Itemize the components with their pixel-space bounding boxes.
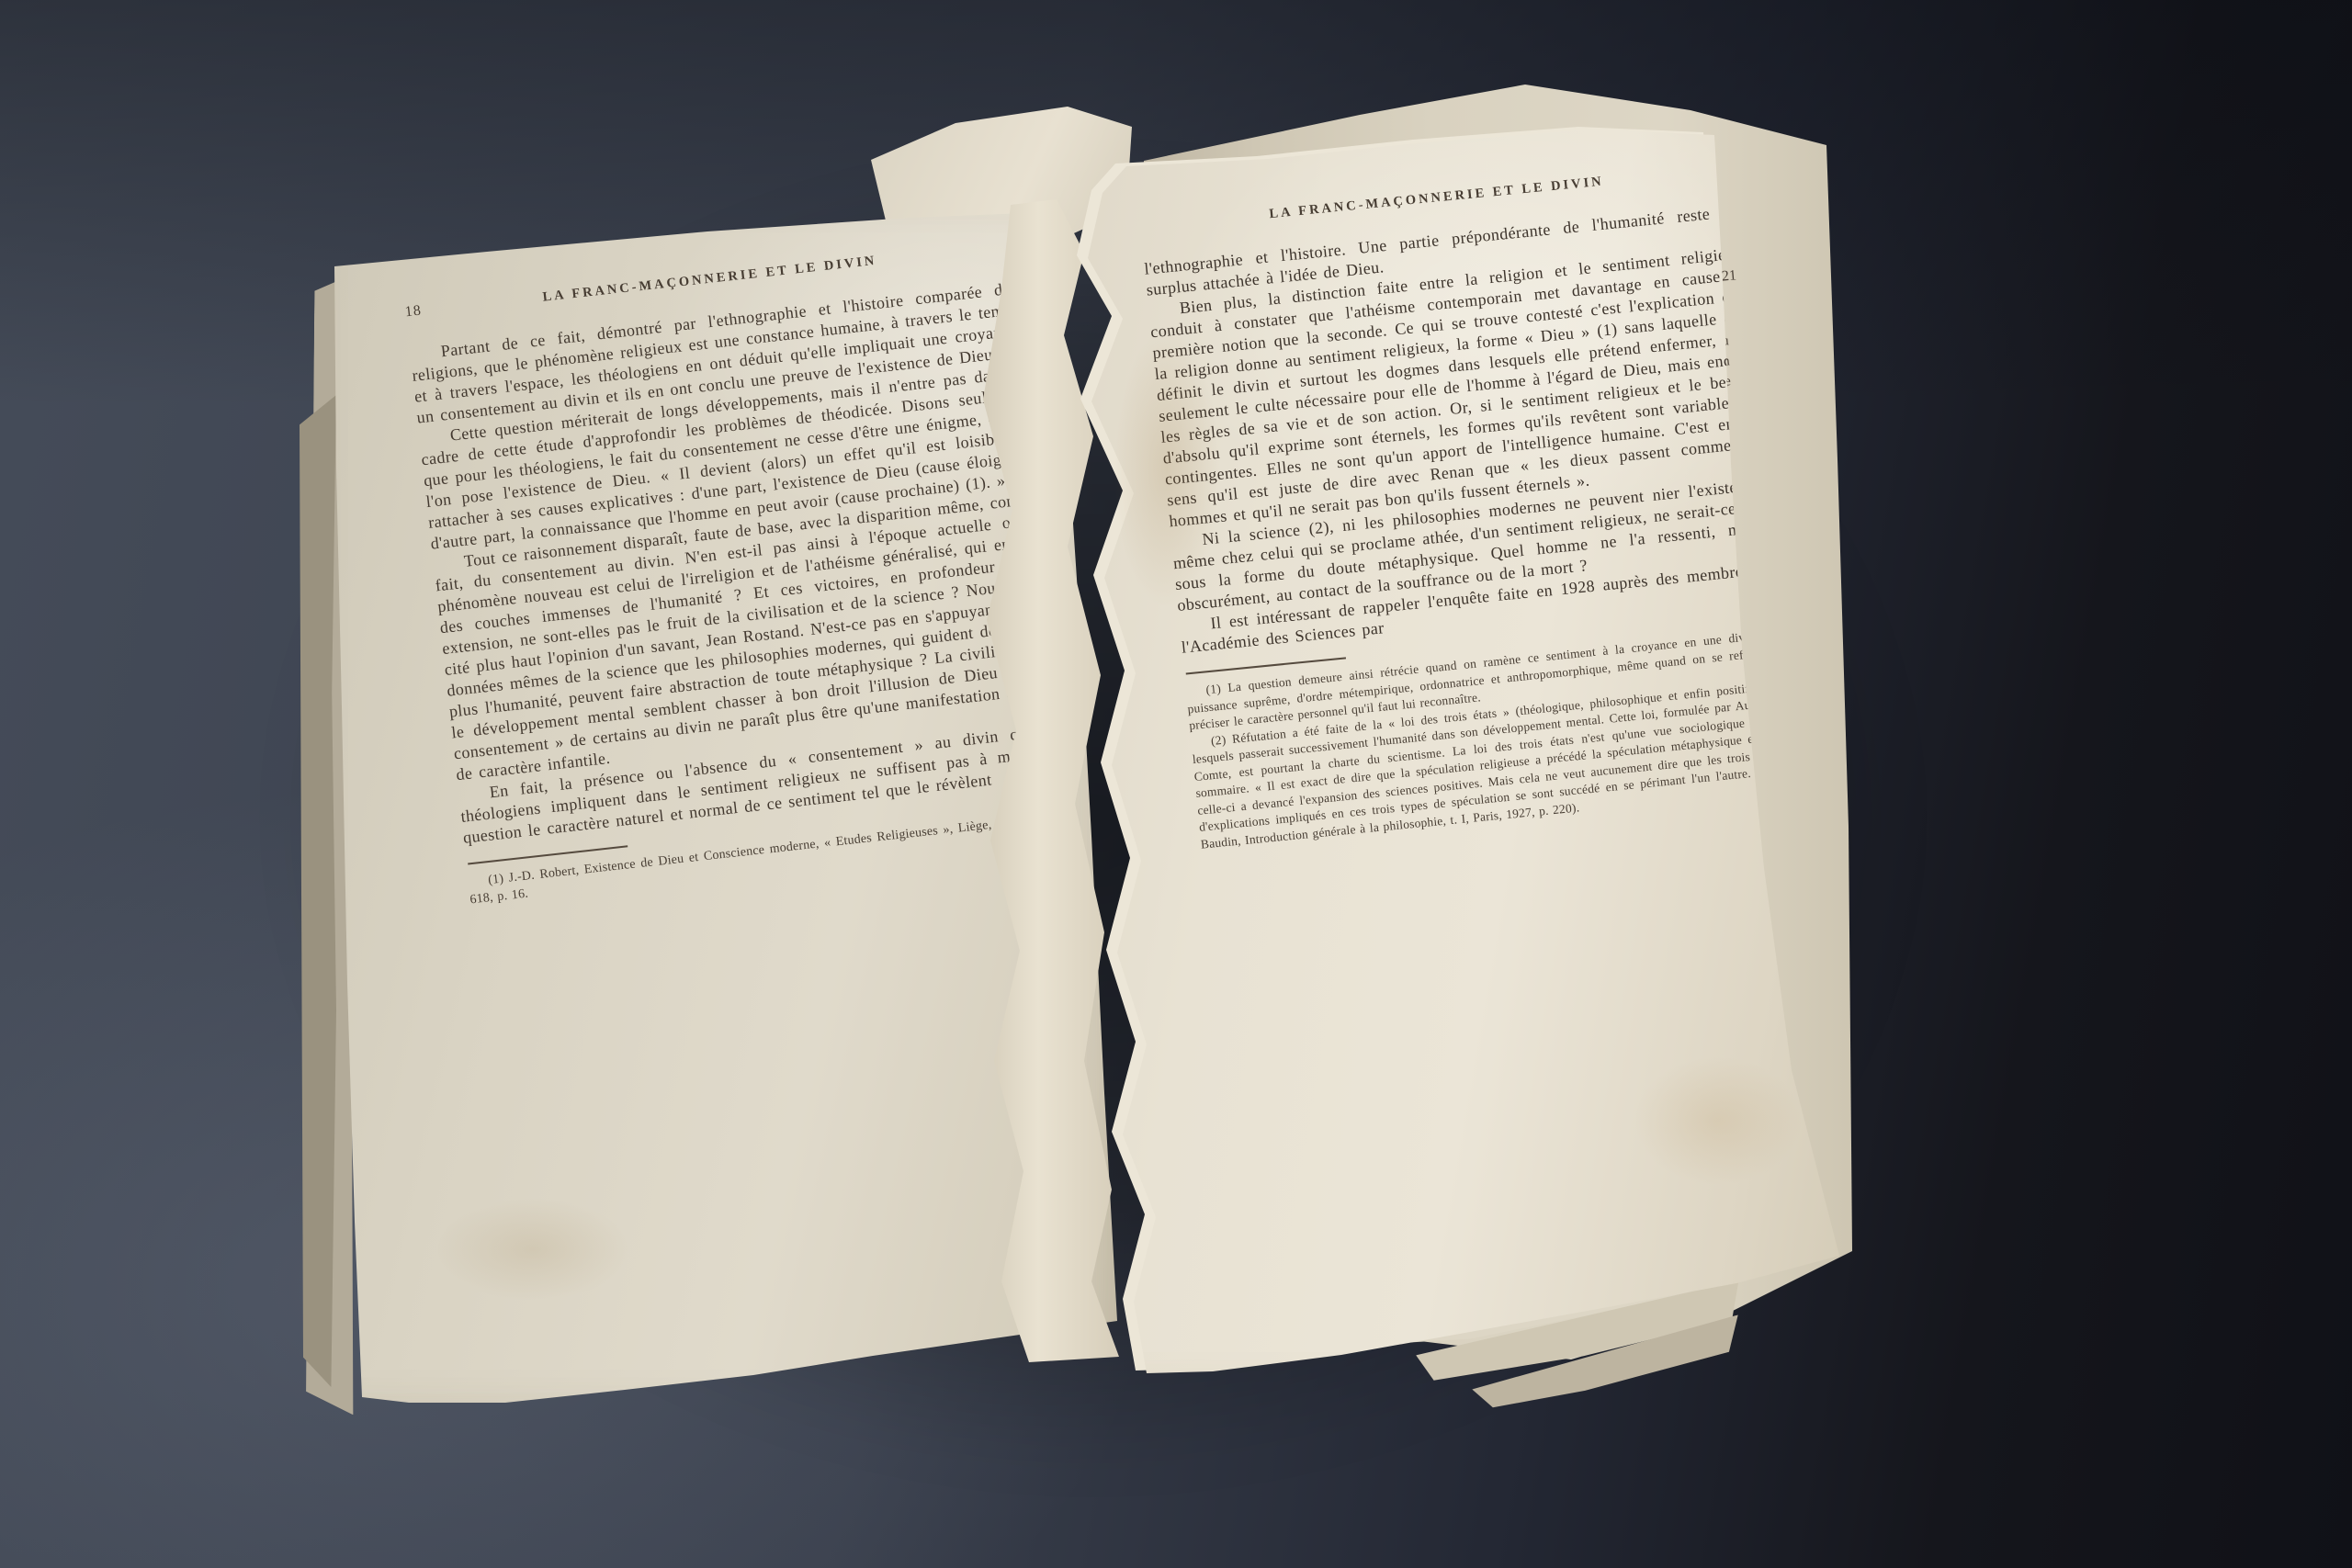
- left-page-number: 18: [404, 302, 423, 321]
- right-footnotes: (1) La question demeure ainsi rétrécie q…: [1185, 626, 1787, 853]
- under-page-number: 21: [1721, 267, 1737, 285]
- paper-stain: [1093, 276, 1240, 661]
- left-page-content: 18 LA FRANC-MAÇONNERIE ET LE DIVIN Parta…: [404, 237, 1079, 908]
- paper-stain: [395, 1176, 671, 1323]
- paper-stain: [1599, 1029, 1837, 1213]
- left-page-stack-edge: [300, 395, 336, 1387]
- left-body-text: Partant de ce fait, démontré par l'ethno…: [409, 277, 1072, 849]
